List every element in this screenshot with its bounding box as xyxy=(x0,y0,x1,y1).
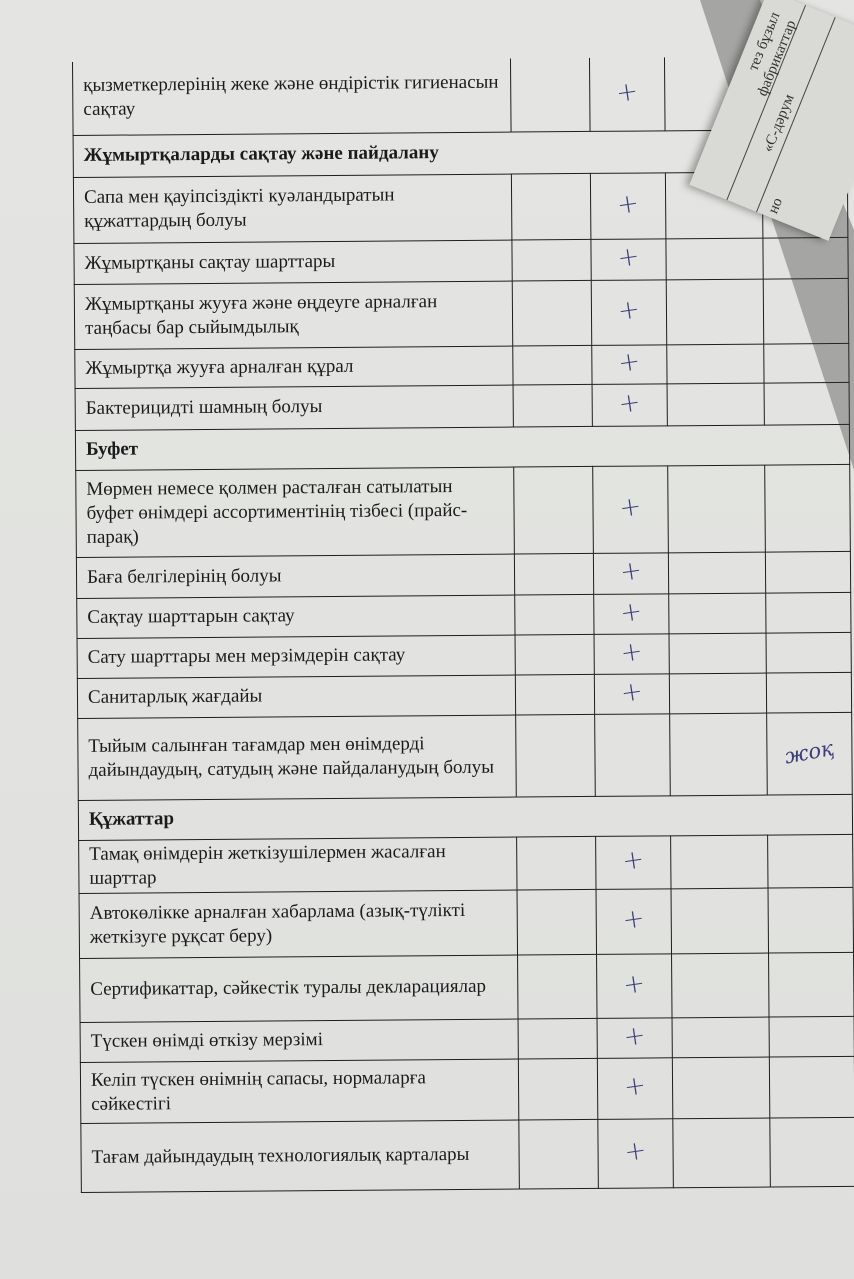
handwritten-plus-mark: + xyxy=(622,1023,647,1050)
column-1-cell xyxy=(515,594,594,635)
handwritten-plus-mark: + xyxy=(617,349,642,376)
note-cell xyxy=(770,1117,854,1187)
compliance-cell: + xyxy=(592,344,667,384)
handwritten-plus-mark: + xyxy=(617,390,642,417)
compliance-cell: + xyxy=(591,279,666,345)
compliance-cell: + xyxy=(596,835,671,889)
note-cell xyxy=(764,343,849,383)
requirement-text: Тыйым салынған тағамдар мен өнімдерді да… xyxy=(78,715,517,800)
requirement-text: Мөрмен немесе қолмен расталған сатылатын… xyxy=(76,467,515,557)
compliance-cell: + xyxy=(598,1118,673,1188)
requirement-text: Сапа мен қауіпсіздікті куәландыратын құж… xyxy=(73,174,512,243)
section-header-row: Буфет xyxy=(75,424,849,470)
column-1-cell xyxy=(513,280,592,346)
checklist-row: Келіп түскен өнімнің сапасы, нормаларға … xyxy=(80,1056,854,1123)
column-1-cell xyxy=(516,674,595,715)
compliance-cell: + xyxy=(597,953,672,1018)
handwritten-plus-mark: + xyxy=(617,297,642,324)
checklist-row: Тамақ өнімдерін жеткізушілермен жасалған… xyxy=(79,834,853,893)
compliance-cell xyxy=(595,713,671,796)
requirement-text: Сату шарттары мен мерзімдерін сақтау xyxy=(77,635,516,678)
requirement-text: Сақтау шарттарын сақтау xyxy=(77,595,516,638)
note-cell xyxy=(763,278,849,344)
column-3-cell xyxy=(670,713,767,796)
column-3-cell xyxy=(669,673,766,714)
column-1-cell xyxy=(518,1018,597,1059)
column-3-cell xyxy=(671,888,768,954)
column-1-cell xyxy=(515,634,594,675)
note-cell xyxy=(764,382,849,425)
compliance-cell: + xyxy=(591,172,666,239)
note-cell xyxy=(768,834,853,888)
compliance-cell: + xyxy=(590,57,665,131)
column-1-cell xyxy=(512,173,591,240)
requirement-text: Келіп түскен өнімнің сапасы, нормаларға … xyxy=(80,1059,519,1123)
column-1-cell xyxy=(514,466,594,554)
handwritten-plus-mark: + xyxy=(615,79,640,106)
column-3-cell xyxy=(669,593,766,634)
checklist-row: Жұмыртқа жууға арналған құрал+ xyxy=(75,343,849,388)
compliance-cell: + xyxy=(594,552,669,594)
compliance-cell: + xyxy=(597,1017,672,1058)
corner-fragment: но xyxy=(765,196,787,217)
column-1-cell xyxy=(519,1058,598,1120)
compliance-cell: + xyxy=(595,673,670,714)
checklist-row: Баға белгілерінің болуы+ xyxy=(76,551,850,598)
handwritten-plus-mark: + xyxy=(623,1073,648,1100)
column-1-cell xyxy=(517,836,596,890)
requirement-text: Тағам дайындаудың технологиялық карталар… xyxy=(81,1120,520,1192)
handwritten-plus-mark: + xyxy=(621,906,646,933)
column-3-cell xyxy=(673,1118,770,1188)
note-cell xyxy=(766,632,851,673)
column-3-cell xyxy=(672,1017,769,1058)
section-title: Құжаттар xyxy=(78,794,852,840)
compliance-cell: + xyxy=(593,465,669,553)
handwritten-plus-mark: + xyxy=(619,599,644,626)
compliance-cell: + xyxy=(594,633,669,674)
note-cell: жоқ xyxy=(767,712,853,795)
column-1-cell xyxy=(515,553,594,595)
column-1-cell xyxy=(513,384,592,427)
checklist-row: Тыйым салынған тағамдар мен өнімдерді да… xyxy=(78,712,853,800)
requirement-text: Жұмыртқаны жууға және өңдеуге арналған т… xyxy=(74,281,513,349)
handwritten-plus-mark: + xyxy=(618,494,643,521)
compliance-cell: + xyxy=(592,383,667,426)
requirement-text: Санитарлық жағдайы xyxy=(77,675,516,718)
section-header-row: Құжаттар xyxy=(78,794,852,840)
column-1-cell xyxy=(517,889,596,955)
column-3-cell xyxy=(671,835,768,889)
checklist-row: Жұмыртқаны жууға және өңдеуге арналған т… xyxy=(74,278,848,349)
requirement-text: Түскен өнімді өткізу мерзімі xyxy=(80,1019,519,1062)
note-cell xyxy=(769,1056,854,1118)
requirement-text: қызметкерлерінің жеке және өндірістік ги… xyxy=(72,59,511,135)
note-cell xyxy=(763,237,848,279)
checklist-row: Мөрмен немесе қолмен расталған сатылатын… xyxy=(76,464,851,557)
checklist-row: Бактерицидті шамның болуы+ xyxy=(75,382,849,430)
compliance-cell: + xyxy=(598,1057,673,1119)
inspection-checklist-table: қызметкерлерінің жеке және өндірістік ги… xyxy=(72,56,854,1193)
column-3-cell xyxy=(666,238,763,280)
column-3-cell xyxy=(667,383,764,426)
requirement-text: Бактерицидті шамның болуы xyxy=(75,385,514,430)
section-title: Буфет xyxy=(75,424,849,470)
document-page: қызметкерлерінің жеке және өндірістік ги… xyxy=(0,0,854,1279)
note-cell xyxy=(768,887,854,953)
note-cell xyxy=(765,464,851,552)
note-cell xyxy=(766,672,851,713)
column-3-cell xyxy=(673,1057,770,1119)
handwritten-plus-mark: + xyxy=(623,1138,648,1165)
requirement-text: Жұмыртқа жууға арналған құрал xyxy=(75,346,514,388)
requirement-text: Баға белгілерінің болуы xyxy=(76,554,515,598)
checklist-row: Тағам дайындаудың технологиялық карталар… xyxy=(81,1117,854,1192)
column-3-cell xyxy=(669,552,766,594)
handwritten-plus-mark: + xyxy=(616,191,641,218)
handwritten-note: жоқ xyxy=(783,736,836,769)
handwritten-plus-mark: + xyxy=(619,558,644,585)
handwritten-plus-mark: + xyxy=(620,679,645,706)
requirement-text: Жұмыртқаны сақтау шарттары xyxy=(74,240,513,284)
column-3-cell xyxy=(666,279,763,345)
checklist-row: Санитарлық жағдайы+ xyxy=(77,672,851,718)
checklist-row: Түскен өнімді өткізу мерзімі+ xyxy=(80,1016,854,1062)
requirement-text: Автокөлікке арналған хабарлама (азық-түл… xyxy=(79,890,518,958)
column-1-cell xyxy=(512,239,591,281)
note-cell xyxy=(766,592,851,633)
column-1-cell xyxy=(511,58,590,132)
column-3-cell xyxy=(668,465,766,553)
note-cell xyxy=(769,1016,854,1057)
column-1-cell xyxy=(519,1119,598,1189)
column-1-cell xyxy=(513,345,592,385)
checklist-row: Жұмыртқаны сақтау шарттары+ xyxy=(74,237,848,284)
checklist-row: Сату шарттары мен мерзімдерін сақтау+ xyxy=(77,632,851,678)
column-1-cell xyxy=(518,954,597,1019)
checklist-row: Сертификаттар, сәйкестік туралы декларац… xyxy=(80,952,854,1022)
column-3-cell xyxy=(669,633,766,674)
checklist-row: Автокөлікке арналған хабарлама (азық-түл… xyxy=(79,887,853,958)
compliance-cell: + xyxy=(594,593,669,634)
note-cell xyxy=(765,551,850,593)
compliance-cell: + xyxy=(596,888,671,954)
column-1-cell xyxy=(516,714,596,797)
handwritten-plus-mark: + xyxy=(621,847,646,874)
handwritten-plus-mark: + xyxy=(616,244,641,271)
requirement-text: Сертификаттар, сәйкестік туралы декларац… xyxy=(80,955,519,1022)
handwritten-plus-mark: + xyxy=(619,639,644,666)
column-3-cell xyxy=(667,344,764,384)
requirement-text: Тамақ өнімдерін жеткізушілермен жасалған… xyxy=(79,837,518,893)
note-cell xyxy=(769,952,854,1017)
handwritten-plus-mark: + xyxy=(622,971,647,998)
column-3-cell xyxy=(672,953,769,1018)
checklist-row: Сақтау шарттарын сақтау+ xyxy=(77,592,851,638)
compliance-cell: + xyxy=(591,238,666,280)
